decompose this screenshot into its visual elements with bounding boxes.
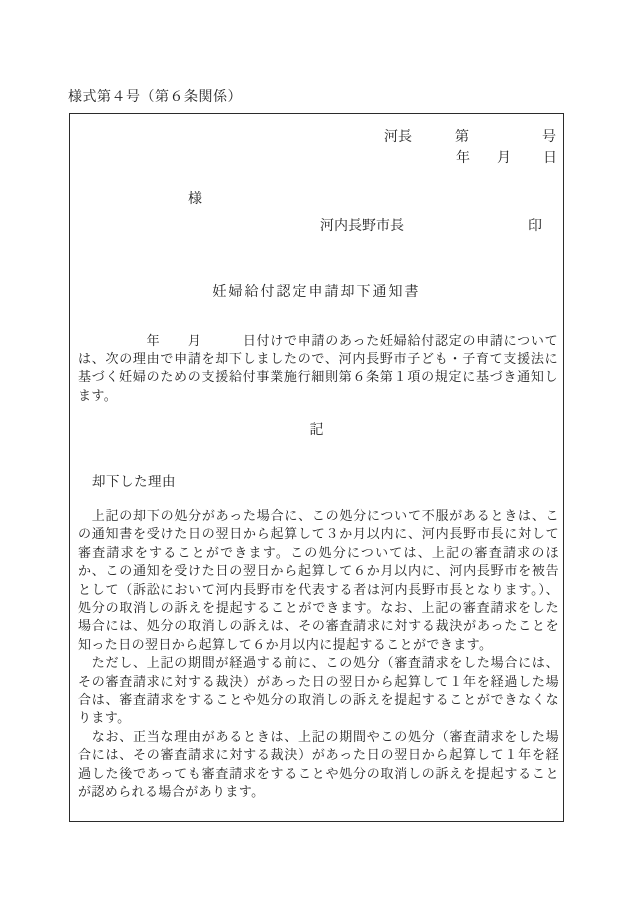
- rejection-reason-label: 却下した理由: [92, 470, 176, 490]
- appeal-paragraph: 上記の却下の処分があった場合に、この処分について不服があるときは、この通知書を受…: [78, 508, 559, 655]
- form-number-label: 様式第４号（第６条関係）: [68, 86, 242, 106]
- appeal-instructions: 上記の却下の処分があった場合に、この処分について不服があるときは、この通知書を受…: [78, 508, 559, 803]
- document-border-box: 河長 第 号 年 月 日 様 河内長野市長 印 妊婦給付認定申請却下通知書 年 …: [69, 113, 564, 822]
- date-month-label: 月: [497, 147, 511, 167]
- date-year-label: 年: [456, 147, 470, 167]
- document-page: 様式第４号（第６条関係） 河長 第 号 年 月 日 様 河内長野市長 印 妊婦給…: [0, 0, 630, 903]
- doc-number-suffix: 号: [542, 126, 556, 146]
- notification-body: 年 月 日付けで申請のあった妊婦給付認定の申請については、次の理由で申請を却下し…: [78, 333, 558, 406]
- seal-mark: 印: [528, 215, 542, 235]
- date-day-label: 日: [543, 147, 557, 167]
- addressee-honorific: 様: [188, 188, 202, 208]
- doc-number-office: 河長: [384, 126, 412, 146]
- document-title: 妊婦給付認定申請却下通知書: [70, 281, 563, 301]
- appeal-paragraph: ただし、上記の期間が経過する前に、この処分（審査請求をした場合には、その審査請求…: [78, 655, 559, 729]
- record-heading: 記: [70, 419, 563, 439]
- appeal-paragraph: なお、正当な理由があるときは、上記の期間やこの処分（審査請求をした場合には、その…: [78, 729, 559, 803]
- sender-name: 河内長野市長: [320, 215, 404, 235]
- doc-number-prefix: 第: [455, 126, 469, 146]
